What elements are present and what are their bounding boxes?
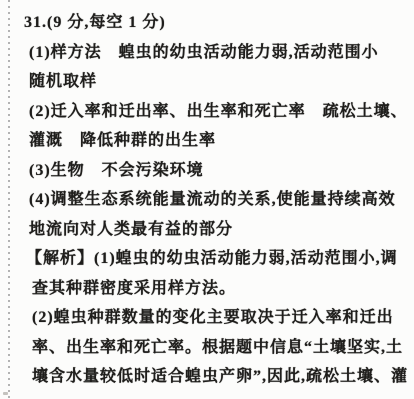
analysis-text: 壤含水量较低时适合蝗虫产卵”,因此,疏松土壤、灌 bbox=[32, 368, 408, 385]
answer-line-1: (1)样方法 蝗虫的幼虫活动能力弱,活动范围小 bbox=[29, 38, 408, 68]
analysis-line-3: (2)蝗虫种群数量的变化主要取决于迁入率和迁出 bbox=[32, 303, 408, 333]
analysis-text: 率、出生率和死亡率。根据题中信息“土壤坚实,土 bbox=[32, 339, 403, 356]
answer-text: 随机取样 bbox=[29, 73, 97, 90]
analysis-line-2: 查其种群密度采用样方法。 bbox=[32, 274, 408, 304]
analysis-text: (1)蝗虫的幼虫活动能力弱,活动范围小,调 bbox=[94, 250, 398, 267]
answer-line-2-cont: 灌溉 降低种群的出生率 bbox=[29, 126, 408, 156]
analysis-text: 查其种群密度采用样方法。 bbox=[32, 280, 236, 297]
question-number-text: 31.(9 分,每空 1 分) bbox=[24, 14, 166, 31]
answer-line-1-cont: 随机取样 bbox=[29, 67, 408, 97]
answer-text: (4)调整生态系统能量流动的关系,使能量持续高效 bbox=[29, 191, 396, 208]
answer-line-4-cont: 地流向对人类最有益的部分 bbox=[29, 215, 408, 245]
analysis-text: (2)蝗虫种群数量的变化主要取决于迁入率和迁出 bbox=[32, 309, 394, 326]
page-fold-dotted-line bbox=[8, 0, 10, 399]
answer-line-4: (4)调整生态系统能量流动的关系,使能量持续高效 bbox=[29, 185, 408, 215]
answer-key-block: 31.(9 分,每空 1 分) (1)样方法 蝗虫的幼虫活动能力弱,活动范围小 … bbox=[24, 8, 408, 392]
answer-text: (2)迁入率和迁出率、出生率和死亡率 疏松土壤、 bbox=[29, 103, 408, 120]
analysis-label: 【解析】 bbox=[26, 250, 94, 267]
analysis-line-4: 率、出生率和死亡率。根据题中信息“土壤坚实,土 bbox=[32, 333, 408, 363]
answer-text: (3)生物 不会污染环境 bbox=[29, 162, 204, 179]
answer-text: (1)样方法 蝗虫的幼虫活动能力弱,活动范围小 bbox=[29, 44, 379, 61]
analysis-line-5: 壤含水量较低时适合蝗虫产卵”,因此,疏松土壤、灌 bbox=[32, 362, 408, 392]
answer-line-3: (3)生物 不会污染环境 bbox=[29, 156, 408, 186]
answer-text: 灌溉 降低种群的出生率 bbox=[29, 132, 216, 149]
analysis-line-1: 【解析】(1)蝗虫的幼虫活动能力弱,活动范围小,调 bbox=[26, 244, 408, 274]
question-number-line: 31.(9 分,每空 1 分) bbox=[24, 8, 408, 38]
answer-line-2: (2)迁入率和迁出率、出生率和死亡率 疏松土壤、 bbox=[29, 97, 408, 127]
scan-artifact bbox=[3, 392, 8, 395]
answer-text: 地流向对人类最有益的部分 bbox=[29, 221, 233, 238]
